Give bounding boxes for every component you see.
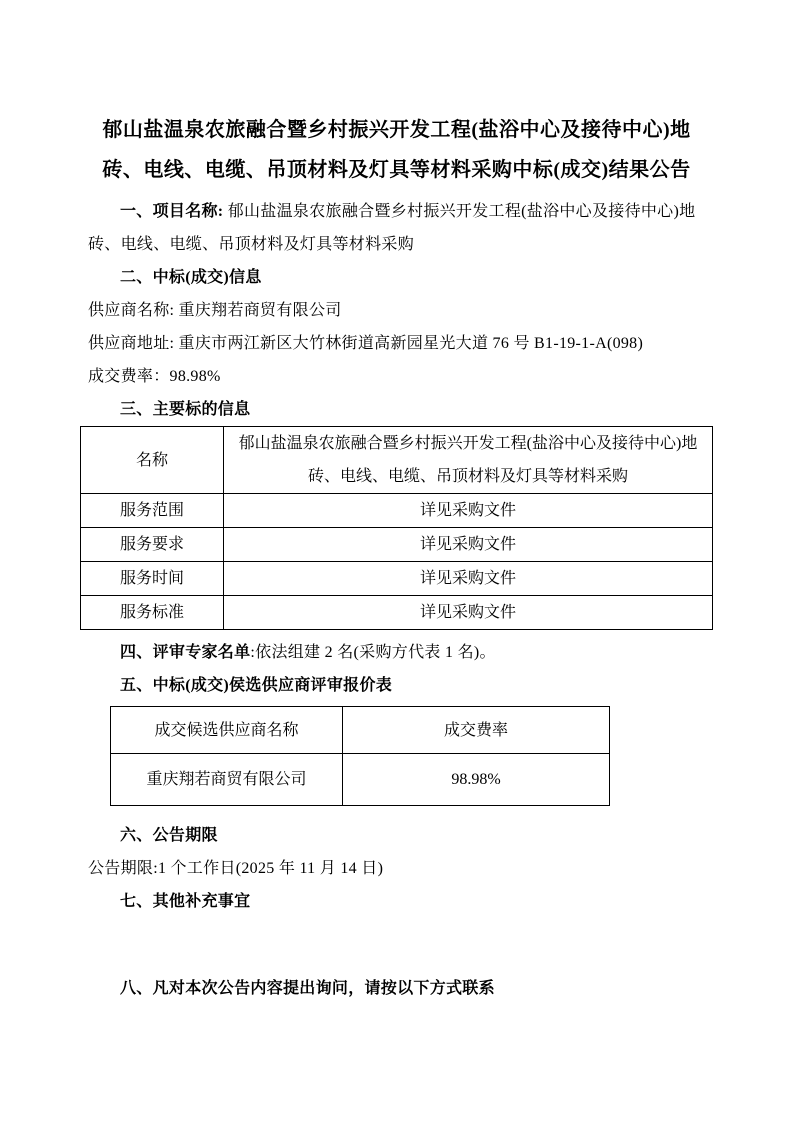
table-row: 服务范围 详见采购文件 (81, 494, 713, 528)
document-title: 郁山盐温泉农旅融合暨乡村振兴开发工程(盐浴中心及接待中心)地 砖、电线、电缆、吊… (80, 110, 713, 190)
section-4-value: :依法组建 2 名(采购方代表 1 名)。 (250, 644, 495, 661)
title-line-2: 砖、电线、电缆、吊顶材料及灯具等材料采购中标(成交)结果公告 (80, 150, 713, 190)
subject-row-label: 服务范围 (81, 494, 224, 528)
subject-row-label: 服务标准 (81, 596, 224, 630)
section-4-label: 四、评审专家名单 (120, 644, 250, 661)
quote-header-rate: 成交费率 (343, 707, 610, 754)
section-2-heading: 二、中标(成交)信息 (80, 261, 713, 294)
table-header-row: 成交候选供应商名称 成交费率 (111, 707, 610, 754)
quote-header-supplier: 成交候选供应商名称 (111, 707, 343, 754)
subject-row-value: 郁山盐温泉农旅融合暨乡村振兴开发工程(盐浴中心及接待中心)地砖、电线、电缆、吊顶… (224, 427, 713, 494)
subject-info-table: 名称 郁山盐温泉农旅融合暨乡村振兴开发工程(盐浴中心及接待中心)地砖、电线、电缆… (80, 426, 713, 630)
document-content: 郁山盐温泉农旅融合暨乡村振兴开发工程(盐浴中心及接待中心)地 砖、电线、电缆、吊… (80, 0, 713, 1005)
subject-row-value: 详见采购文件 (224, 596, 713, 630)
subject-row-value: 详见采购文件 (224, 528, 713, 562)
supplier-name-line: 供应商名称: 重庆翔若商贸有限公司 (80, 294, 713, 327)
section-6-heading: 六、公告期限 (80, 819, 713, 852)
document-page: 郁山盐温泉农旅融合暨乡村振兴开发工程(盐浴中心及接待中心)地 砖、电线、电缆、吊… (0, 0, 793, 1122)
section-1-label: 一、项目名称: (120, 203, 228, 220)
supplier-name-value: 重庆翔若商贸有限公司 (179, 302, 342, 319)
section-1-project-name: 一、项目名称: 郁山盐温泉农旅融合暨乡村振兴开发工程(盐浴中心及接待中心)地砖、… (80, 195, 713, 261)
deal-rate-value: 98.98% (170, 368, 221, 385)
subject-row-value: 详见采购文件 (224, 562, 713, 596)
quote-supplier-cell: 重庆翔若商贸有限公司 (111, 754, 343, 806)
quote-table: 成交候选供应商名称 成交费率 重庆翔若商贸有限公司 98.98% (110, 706, 610, 806)
section-3-heading: 三、主要标的信息 (80, 393, 713, 426)
table-row: 服务要求 详见采购文件 (81, 528, 713, 562)
section-7-heading: 七、其他补充事宜 (80, 885, 713, 918)
section-5-heading: 五、中标(成交)侯选供应商评审报价表 (80, 669, 713, 702)
quote-rate-cell: 98.98% (343, 754, 610, 806)
title-line-1: 郁山盐温泉农旅融合暨乡村振兴开发工程(盐浴中心及接待中心)地 (80, 110, 713, 150)
supplier-address-label: 供应商地址: (88, 335, 179, 352)
notice-period-line: 公告期限:1 个工作日(2025 年 11 月 14 日) (80, 852, 713, 885)
section-8-heading: 八、凡对本次公告内容提出询问，请按以下方式联系 (80, 972, 713, 1005)
table-row: 重庆翔若商贸有限公司 98.98% (111, 754, 610, 806)
deal-rate-line: 成交费率：98.98% (80, 360, 713, 393)
supplier-address-value: 重庆市两江新区大竹林街道高新园星光大道 76 号 B1-19-1-A(098) (179, 335, 644, 352)
table-row: 名称 郁山盐温泉农旅融合暨乡村振兴开发工程(盐浴中心及接待中心)地砖、电线、电缆… (81, 427, 713, 494)
section-4-experts-line: 四、评审专家名单:依法组建 2 名(采购方代表 1 名)。 (80, 636, 713, 669)
table-row: 服务时间 详见采购文件 (81, 562, 713, 596)
supplier-address-line: 供应商地址: 重庆市两江新区大竹林街道高新园星光大道 76 号 B1-19-1-… (80, 327, 713, 360)
subject-row-label: 名称 (81, 427, 224, 494)
table-row: 服务标准 详见采购文件 (81, 596, 713, 630)
supplier-name-label: 供应商名称: (88, 302, 179, 319)
subject-row-label: 服务要求 (81, 528, 224, 562)
deal-rate-label: 成交费率： (88, 368, 170, 385)
subject-row-label: 服务时间 (81, 562, 224, 596)
subject-row-value: 详见采购文件 (224, 494, 713, 528)
